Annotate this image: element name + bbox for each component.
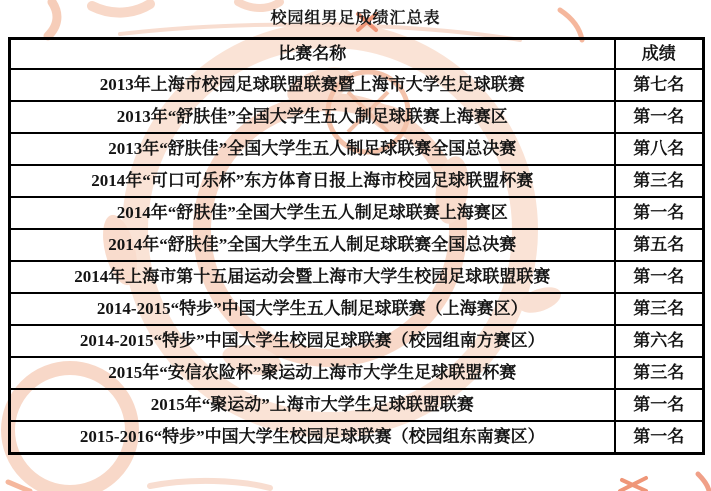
table-row: 2014年“舒肤佳”全国大学生五人制足球联赛上海赛区 第一名 [10, 197, 704, 229]
cell-competition-name: 2014年上海市第十五届运动会暨上海市大学生校园足球联盟联赛 [10, 261, 615, 293]
table-row: 2014年“舒肤佳”全国大学生五人制足球联赛全国总决赛 第五名 [10, 229, 704, 261]
cell-result: 第一名 [615, 389, 704, 421]
cell-result: 第一名 [615, 421, 704, 454]
header-result: 成绩 [615, 39, 704, 70]
table-row: 2014年上海市第十五届运动会暨上海市大学生校园足球联盟联赛 第一名 [10, 261, 704, 293]
cell-competition-name: 2014-2015“特步”中国大学生校园足球联赛（校园组南方赛区） [10, 325, 615, 357]
table-row: 2014-2015“特步”中国大学生校园足球联赛（校园组南方赛区） 第六名 [10, 325, 704, 357]
document-page: 校园组男足成绩汇总表 比赛名称 成绩 2013年上海市校园足球联盟联赛暨上海市大… [0, 0, 711, 491]
page-title: 校园组男足成绩汇总表 [0, 5, 711, 28]
table-row: 2013年上海市校园足球联盟联赛暨上海市大学生足球联赛 第七名 [10, 69, 704, 101]
cell-result: 第六名 [615, 325, 704, 357]
results-table: 比赛名称 成绩 2013年上海市校园足球联盟联赛暨上海市大学生足球联赛 第七名 … [8, 37, 705, 455]
cell-competition-name: 2015-2016“特步”中国大学生校园足球联赛（校园组东南赛区） [10, 421, 615, 454]
table-row: 2015年“安信农险杯”聚运动上海市大学生足球联盟杯赛 第三名 [10, 357, 704, 389]
table-row: 2015-2016“特步”中国大学生校园足球联赛（校园组东南赛区） 第一名 [10, 421, 704, 454]
cell-result: 第一名 [615, 101, 704, 133]
table-row: 2014-2015“特步”中国大学生五人制足球联赛（上海赛区） 第三名 [10, 293, 704, 325]
table-header-row: 比赛名称 成绩 [10, 39, 704, 70]
cell-result: 第七名 [615, 69, 704, 101]
table-row: 2013年“舒肤佳”全国大学生五人制足球联赛全国总决赛 第八名 [10, 133, 704, 165]
cell-result: 第一名 [615, 197, 704, 229]
cell-result: 第三名 [615, 165, 704, 197]
table-row: 2014年“可口可乐杯”东方体育日报上海市校园足球联盟杯赛 第三名 [10, 165, 704, 197]
cell-competition-name: 2014年“舒肤佳”全国大学生五人制足球联赛全国总决赛 [10, 229, 615, 261]
cell-competition-name: 2014年“可口可乐杯”东方体育日报上海市校园足球联盟杯赛 [10, 165, 615, 197]
cell-competition-name: 2015年“安信农险杯”聚运动上海市大学生足球联盟杯赛 [10, 357, 615, 389]
cell-result: 第八名 [615, 133, 704, 165]
cell-competition-name: 2013年“舒肤佳”全国大学生五人制足球联赛全国总决赛 [10, 133, 615, 165]
cell-competition-name: 2014年“舒肤佳”全国大学生五人制足球联赛上海赛区 [10, 197, 615, 229]
table-row: 2015年“聚运动”上海市大学生足球联盟联赛 第一名 [10, 389, 704, 421]
cell-result: 第一名 [615, 261, 704, 293]
cell-competition-name: 2014-2015“特步”中国大学生五人制足球联赛（上海赛区） [10, 293, 615, 325]
cell-result: 第三名 [615, 293, 704, 325]
cell-result: 第五名 [615, 229, 704, 261]
cell-result: 第三名 [615, 357, 704, 389]
header-competition-name: 比赛名称 [10, 39, 615, 70]
cell-competition-name: 2015年“聚运动”上海市大学生足球联盟联赛 [10, 389, 615, 421]
table-row: 2013年“舒肤佳”全国大学生五人制足球联赛上海赛区 第一名 [10, 101, 704, 133]
cell-competition-name: 2013年“舒肤佳”全国大学生五人制足球联赛上海赛区 [10, 101, 615, 133]
cell-competition-name: 2013年上海市校园足球联盟联赛暨上海市大学生足球联赛 [10, 69, 615, 101]
